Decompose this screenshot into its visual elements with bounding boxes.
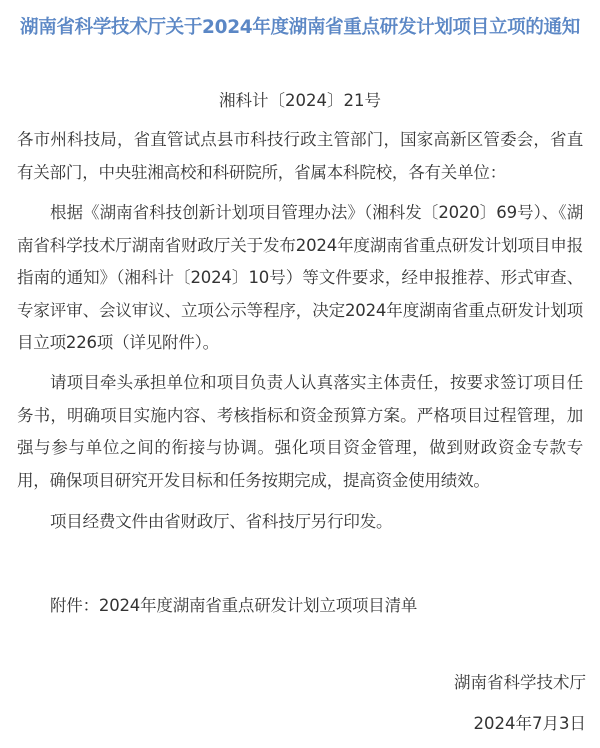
page-title: 湖南省科学技术厅关于2024年度湖南省重点研发计划项目立项的通知 bbox=[18, 8, 582, 48]
signature-organization: 湖南省科学技术厅 bbox=[454, 670, 586, 696]
paragraph-basis: 根据《湖南省科技创新计划项目管理办法》（湘科发〔2020〕69号）、《湖南省科学… bbox=[17, 197, 583, 360]
salutation: 各市州科技局，省直管试点县市科技行政主管部门，国家高新区管委会，省直有关部门，中… bbox=[17, 124, 583, 189]
attachment-link[interactable]: 附件：2024年度湖南省重点研发计划立项项目清单 bbox=[17, 590, 583, 623]
document-number: 湘科计〔2024〕21号 bbox=[0, 88, 600, 114]
notice-document: 湖南省科学技术厅关于2024年度湖南省重点研发计划项目立项的通知 湘科计〔202… bbox=[0, 0, 600, 748]
signature-date: 2024年7月3日 bbox=[474, 711, 587, 737]
paragraph-funding: 项目经费文件由省财政厅、省科技厅另行印发。 bbox=[17, 506, 583, 539]
paragraph-requirements: 请项目牵头承担单位和项目负责人认真落实主体责任，按要求签订项目任务书，明确项目实… bbox=[17, 367, 583, 497]
